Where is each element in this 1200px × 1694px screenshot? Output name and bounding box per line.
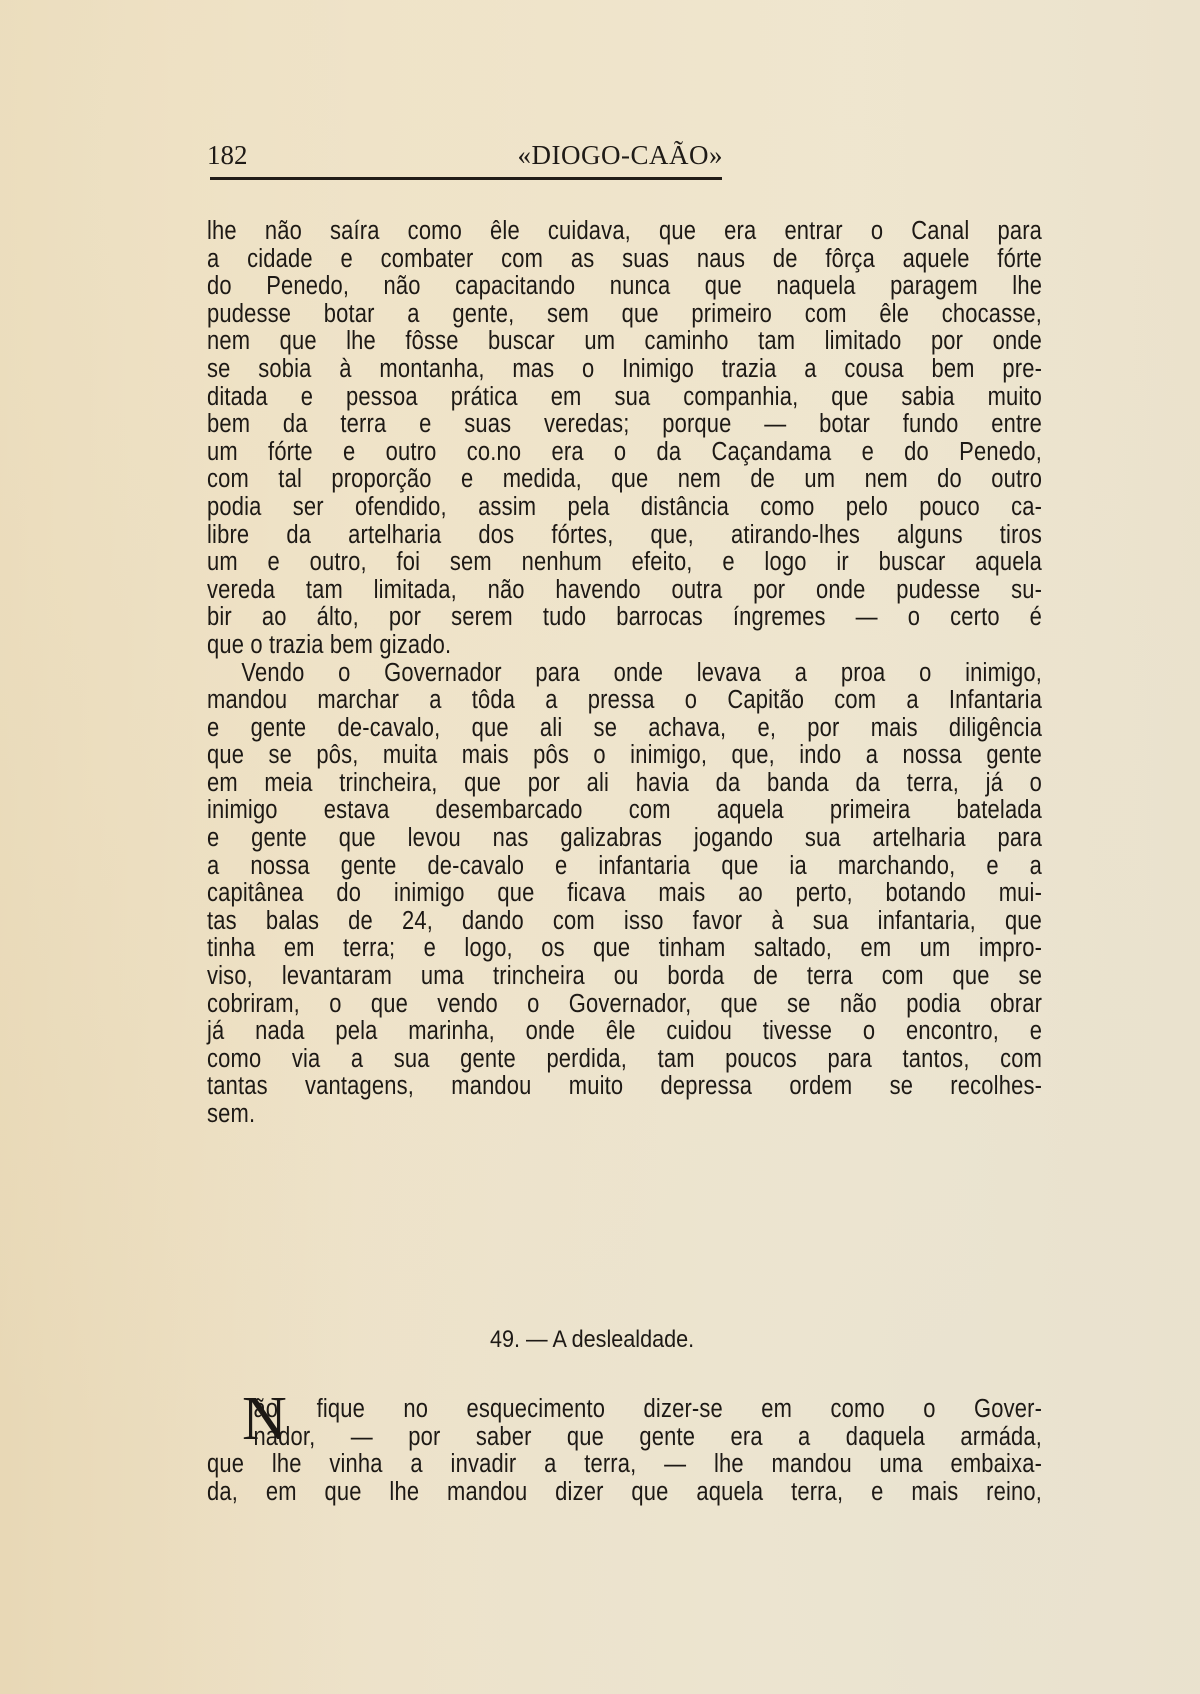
section-body: ão fique no esquecimento dizer-se em com… <box>207 1396 1042 1506</box>
text-line: libre da artelharia dos fórtes, que, ati… <box>207 522 1042 550</box>
text-line: lhe não saíra como êle cuidava, que era … <box>207 218 1042 246</box>
text-line: e gente que levou nas galizabras jogando… <box>207 825 1042 853</box>
text-line: como via a sua gente perdida, tam poucos… <box>207 1046 1042 1074</box>
text-line: a nossa gente de-cavalo e infantaria que… <box>207 853 1042 881</box>
running-title: «DIOGO-CAÃO» <box>518 140 723 171</box>
text-line: a cidade e combater com as suas naus de … <box>207 246 1042 274</box>
text-line: já nada pela marinha, onde êle cuidou ti… <box>207 1018 1042 1046</box>
running-head: 182 «DIOGO-CAÃO» <box>207 140 723 180</box>
text-line: que o trazia bem gizado. <box>207 632 1042 660</box>
text-line: podia ser ofendido, assim pela distância… <box>207 494 1042 522</box>
text-line: um fórte e outro co.no era o da Caçandam… <box>207 439 1042 467</box>
text-line: se sobia à montanha, mas o Inimigo trazi… <box>207 356 1042 384</box>
text-line: nador, — por saber que gente era a daque… <box>207 1424 1042 1452</box>
text-line: ão fique no esquecimento dizer-se em com… <box>207 1396 1042 1424</box>
text-line: sem. <box>207 1101 1042 1129</box>
text-line: pudesse botar a gente, sem que primeiro … <box>207 301 1042 329</box>
page-number: 182 <box>207 140 248 171</box>
text-line: nem que lhe fôsse buscar um caminho tam … <box>207 328 1042 356</box>
text-line: ditada e pessoa prática em sua companhia… <box>207 384 1042 412</box>
text-line: em meia trincheira, que por ali havia da… <box>207 770 1042 798</box>
section-heading: 49. — A deslealdade. <box>490 1326 694 1354</box>
header-rule <box>210 177 722 180</box>
text-line: inimigo estava desembarcado com aquela p… <box>207 797 1042 825</box>
text-line: que se pôs, muita mais pôs o inimigo, qu… <box>207 742 1042 770</box>
text-line: vereda tam limitada, não havendo outra p… <box>207 577 1042 605</box>
paragraph-start-line: Vendo o Governador para onde levava a pr… <box>207 660 1042 688</box>
text-line: com tal proporção e medida, que nem de u… <box>207 466 1042 494</box>
text-line: tas balas de 24, dando com isso favor à … <box>207 908 1042 936</box>
text-line: que lhe vinha a invadir a terra, — lhe m… <box>207 1451 1042 1479</box>
text-line: cobriram, o que vendo o Governador, que … <box>207 991 1042 1019</box>
text-line: tantas vantagens, mandou muito depressa … <box>207 1073 1042 1101</box>
text-line: da, em que lhe mandou dizer que aquela t… <box>207 1479 1042 1507</box>
text-line: e gente de-cavalo, que ali se achava, e,… <box>207 715 1042 743</box>
book-page: 182 «DIOGO-CAÃO» lhe não saíra como êle … <box>0 0 1200 1694</box>
text-line: um e outro, foi sem nenhum efeito, e log… <box>207 549 1042 577</box>
text-line: bir ao álto, por serem tudo barrocas íng… <box>207 604 1042 632</box>
text-line: capitânea do inimigo que ficava mais ao … <box>207 880 1042 908</box>
text-line: mandou marchar a tôda a pressa o Capitão… <box>207 687 1042 715</box>
text-line: do Penedo, não capacitando nunca que naq… <box>207 273 1042 301</box>
text-line: tinha em terra; e logo, os que tinham sa… <box>207 935 1042 963</box>
body-text: lhe não saíra como êle cuidava, que era … <box>207 218 1042 1129</box>
text-line: viso, levantaram uma trincheira ou borda… <box>207 963 1042 991</box>
text-line: bem da terra e suas veredas; porque — bo… <box>207 411 1042 439</box>
